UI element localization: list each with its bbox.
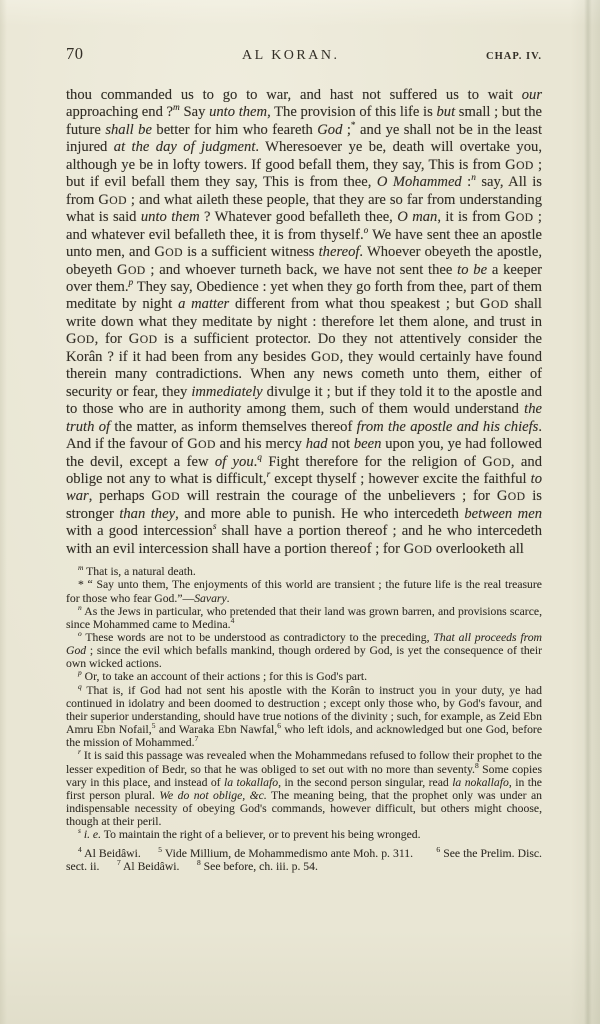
footnote: o These words are not to be understood a… (66, 631, 542, 670)
footnote: * “ Say unto them, The enjoyments of thi… (66, 578, 542, 604)
page-content: 70 AL KORAN. CHAP. IV. thou commanded us… (66, 44, 542, 873)
chapter-label: CHAP. IV. (486, 51, 542, 62)
footnote-list: m That is, a natural death.* “ Say unto … (66, 565, 542, 841)
footnote: m That is, a natural death. (66, 565, 542, 578)
footnote: n As the Jews in particular, who pretend… (66, 605, 542, 631)
running-title: AL KORAN. (242, 48, 339, 64)
book-page: 70 AL KORAN. CHAP. IV. thou commanded us… (0, 0, 600, 1024)
footnote-references: 4 Al Beidâwi. 5 Vide Millium, de Mohamme… (66, 847, 542, 873)
page-header: 70 AL KORAN. CHAP. IV. (66, 44, 542, 64)
footnote: p Or, to take an account of their action… (66, 670, 542, 683)
page-number: 70 (66, 44, 84, 64)
footnote: r It is said this passage was revealed w… (66, 749, 542, 828)
body-text: thou commanded us to go to war, and hast… (66, 87, 542, 558)
footnote: q That is, if God had not sent his apost… (66, 684, 542, 750)
footnote: s i. e. To maintain the right of a belie… (66, 828, 542, 841)
footnotes-section: m That is, a natural death.* “ Say unto … (66, 565, 542, 873)
